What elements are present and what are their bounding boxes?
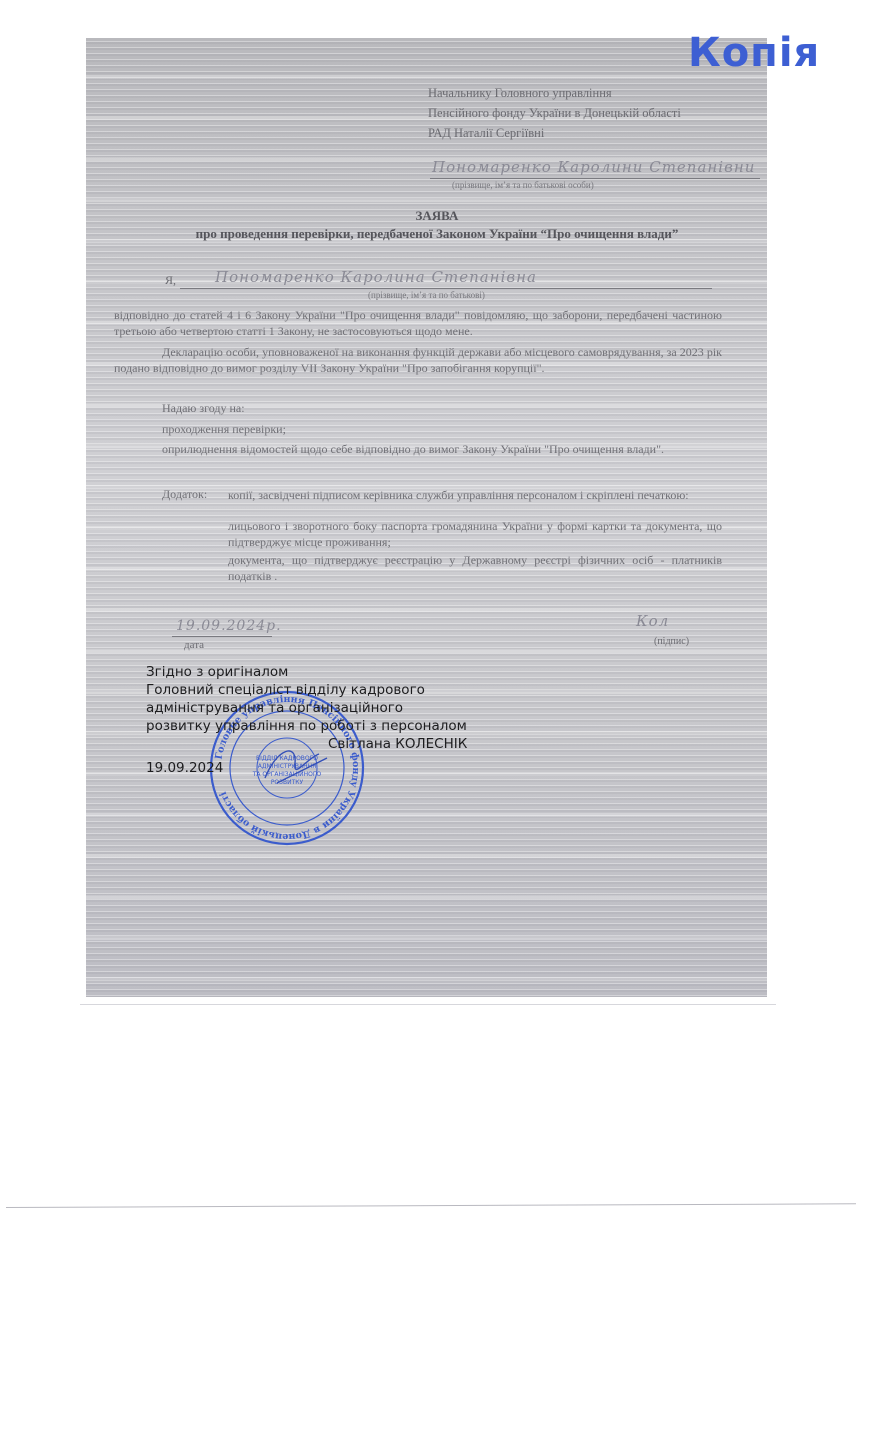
svg-text:ТА ОРГАНІЗАЦІЙНОГО: ТА ОРГАНІЗАЦІЙНОГО: [252, 771, 322, 778]
attachment-intro: копії, засвідчені підписом керівника слу…: [228, 487, 722, 503]
body-paragraph-1: відповідно до статей 4 і 6 Закону Україн…: [114, 307, 722, 339]
applicant-caption: (прізвище, ім’я та по батькові): [368, 290, 485, 300]
signature-handwritten: Кол: [636, 612, 669, 630]
date-handwritten: 19.09.2024р.: [176, 618, 282, 634]
addressee-line-2: Пенсійного фонду України в Донецькій обл…: [428, 106, 681, 121]
certification-line-1: Згідно з оригіналом: [146, 664, 288, 680]
body-paragraph-2: Декларацію особи, уповноваженої на викон…: [114, 344, 722, 376]
date-underline: [172, 636, 272, 637]
certification-line-3: адміністрування та організаційного: [146, 700, 403, 716]
addressee-caption: (прізвище, ім’я та по батькові особи): [452, 180, 594, 190]
addressee-handwritten-name: Пономаренко Каролини Степанівни: [432, 158, 755, 176]
addressee-underline: [430, 178, 760, 179]
date-caption: дата: [184, 639, 204, 651]
applicant-underline: [180, 288, 712, 289]
applicant-prefix: Я,: [165, 273, 176, 288]
consent-item-1: проходження перевірки;: [162, 422, 286, 437]
consent-intro: Надаю згоду на:: [162, 401, 245, 416]
applicant-handwritten-name: Пономаренко Каролина Степанівна: [215, 268, 537, 286]
signature-caption: (підпис): [654, 636, 689, 647]
scan-edge-line: [80, 1004, 776, 1005]
certifier-name: Світлана КОЛЕСНІК: [328, 736, 467, 752]
svg-text:РОЗВИТКУ: РОЗВИТКУ: [271, 779, 304, 786]
page-bottom-rule: [6, 1203, 856, 1208]
certification-date: 19.09.2024: [146, 760, 223, 776]
consent-item-2: оприлюднення відомостей щодо себе відпов…: [114, 441, 722, 457]
attachment-item-1: лицьового і зворотного боку паспорта гро…: [228, 518, 722, 550]
certification-line-4: розвитку управління по роботі з персонал…: [146, 718, 467, 734]
addressee-line-3: РАД Наталії Сергіївні: [428, 126, 544, 141]
copy-stamp: Копія: [688, 30, 820, 76]
attachment-item-2: документа, що підтверджує реєстрацію у Д…: [228, 552, 722, 584]
document-subtitle: про проведення перевірки, передбаченої З…: [0, 226, 874, 242]
svg-text:АДМІНІСТРУВАННЯ: АДМІНІСТРУВАННЯ: [258, 763, 317, 770]
certification-line-2: Головний спеціаліст відділу кадрового: [146, 682, 425, 698]
addressee-line-1: Начальнику Головного управління: [428, 86, 612, 101]
document-title: ЗАЯВА: [0, 208, 874, 224]
attachment-label: Додаток:: [162, 487, 207, 502]
